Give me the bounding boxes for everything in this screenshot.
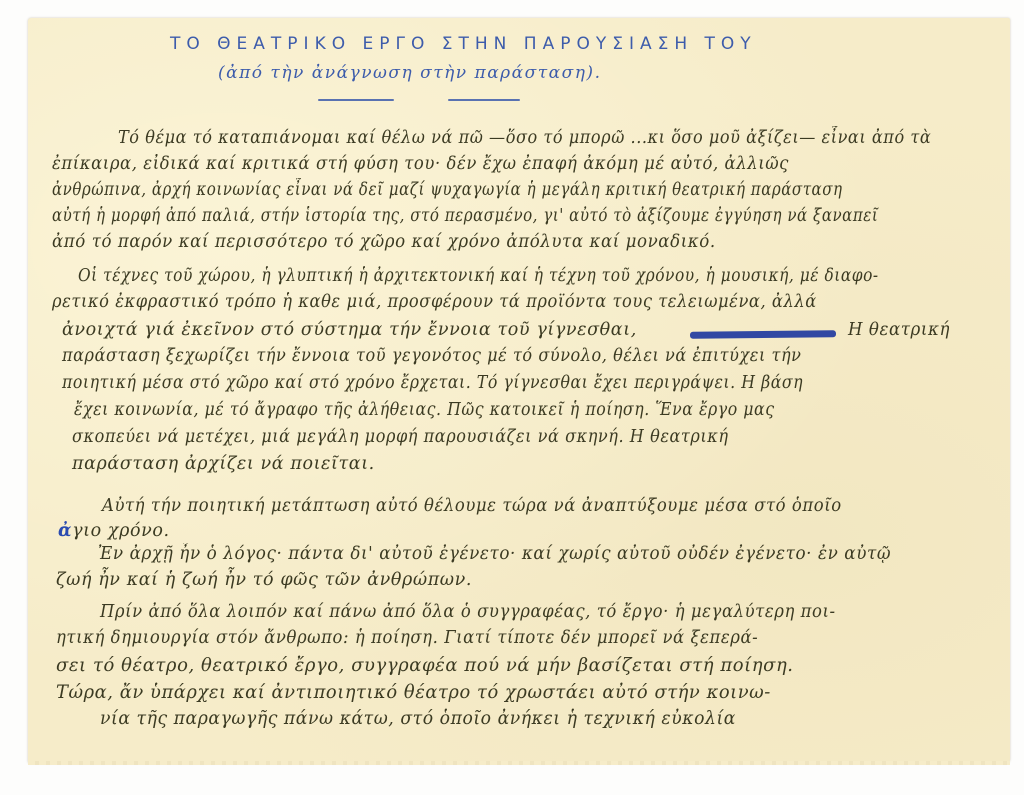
document-title: ΤΟ ΘΕΑΤΡΙΚΟ ΕΡΓΟ ΣΤΗΝ ΠΑΡΟΥΣΙΑΣΗ ΤΟΥ: [170, 34, 757, 54]
body-line: Η θεατρική: [848, 320, 950, 340]
body-line: ἔχει κοινωνία, μέ τό ἄγραφο τῆς ἀλήθειας…: [74, 400, 775, 420]
body-line: Τώρα, ἄν ὑπάρχει καί ἀντιποιητικό θέατρο…: [56, 681, 771, 703]
body-line: παράσταση ἀρχίζει νά ποιεῖται.: [72, 454, 375, 474]
body-line: σκοπεύει νά μετέχει, μιά μεγάλη μορφή πα…: [72, 427, 729, 447]
body-line: ποιητική μέσα στό χῶρο καί στό χρόνο ἔρχ…: [62, 373, 803, 393]
body-line: ητική δημιουργία στόν ἄνθρωπο: ἡ ποίηση.…: [56, 628, 758, 648]
body-line: ἀπό τό παρόν καί περισσότερο τό χῶρο καί…: [52, 232, 716, 252]
body-line: ἀγιο χρόνο.: [58, 521, 170, 541]
body-line: νία τῆς παραγωγῆς πάνω κάτω, στό ὁποῖο ἀ…: [100, 708, 736, 729]
subtitle-underline-1: [318, 99, 394, 101]
body-line: Οἱ τέχνες τοῦ χώρου, ἡ γλυπτική ἡ ἀρχιτε…: [78, 266, 879, 286]
body-line: αὐτή ἡ μορφή ἀπό παλιά, στήν ἱστορία της…: [52, 206, 878, 226]
body-line: παράσταση ξεχωρίζει τήν ἔννοια τοῦ γεγον…: [62, 346, 802, 366]
body-line: ζωή ἦν καί ἡ ζωή ἦν τό φῶς τῶν ἀνθρώπων.: [56, 570, 472, 590]
body-line: Πρίν ἀπό ὅλα λοιπόν καί πάνω ἀπό ὅλα ὁ σ…: [100, 602, 836, 622]
body-line: ρετικό ἐκφραστικό τρόπο ἡ καθε μιά, προσ…: [52, 292, 817, 312]
body-line: Αὐτή τήν ποιητική μετάπτωση αὐτό θέλουμε…: [102, 496, 842, 516]
blue-retouched-initial: ἀ: [58, 521, 72, 541]
body-line: Τό θέμα τό καταπιάνομαι καί θέλω νά πῶ —…: [118, 128, 931, 148]
document-subtitle: (ἀπό τὴν ἀνάγνωση στὴν παράσταση).: [218, 63, 601, 83]
body-line: ἀνθρώπινα, ἀρχή κοινωνίας εἶναι νά δεῖ μ…: [52, 180, 843, 200]
body-line: Ἐν ἀρχῇ ἦν ὁ λόγος· πάντα δι' αὐτοῦ ἐγέν…: [98, 544, 891, 564]
body-line: ἀνοιχτά γιά ἐκεῖνον στό σύστημα τήν ἔννο…: [62, 320, 637, 340]
body-line: ἐπίκαιρα, εἰδικά καί κριτικά στή φύση το…: [52, 154, 789, 174]
subtitle-underline-2: [448, 99, 520, 101]
body-line-rest: γιο χρόνο.: [72, 521, 170, 541]
body-line: σει τό θέατρο, θεατρικό ἔργο, συγγραφέα …: [56, 655, 794, 676]
